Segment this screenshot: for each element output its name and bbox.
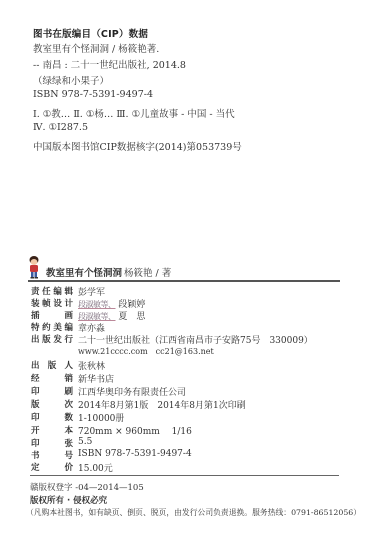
credit-label: 定价 (31, 461, 73, 473)
cip-line-clc: Ⅳ. ①I287.5 (33, 122, 88, 133)
credit-value: 15.00元 (78, 461, 113, 474)
cip-line-isbn: ISBN 978-7-5391-9497-4 (33, 89, 153, 100)
credit-label: 开本 (31, 424, 73, 436)
credit-label: 出版人 (31, 359, 73, 371)
credit-value: 江西华奥印务有限责任公司 (78, 385, 186, 398)
rights-notice: 版权所有 · 侵权必究 (30, 494, 107, 506)
credit-label: 特约美编 (31, 321, 73, 333)
cip-line-title: 教室里有个怪洞洞 / 杨筱艳著. (33, 41, 159, 55)
cip-line-classification: Ⅰ. ①教… Ⅱ. ①杨… Ⅲ. ①儿童故事 - 中国 - 当代 (33, 106, 235, 120)
credit-value: ISBN 978-7-5391-9497-4 (78, 449, 192, 459)
cip-line-series: （绿绿和小果子） (33, 73, 109, 87)
cip-heading: 图书在版编目（CIP）数据 (33, 26, 148, 40)
return-notice: （凡购本社图书，如有缺页、倒页、脱页，由发行公司负责退换。服务热线：0791-8… (26, 507, 361, 518)
credit-label: 书号 (31, 449, 73, 461)
credit-label: 装帧设计 (31, 297, 73, 309)
credit-value: 2014年8月第1版 2014年8月第1次印刷 (78, 398, 246, 411)
redacted-name: 段淑敏等、 (78, 300, 116, 309)
banner-divider (28, 280, 340, 282)
credit-label: 印数 (31, 411, 73, 423)
credit-label: 责任编辑 (31, 285, 73, 297)
redacted-name: 段淑敏等、 (78, 312, 116, 321)
credit-label: 印刷 (31, 385, 73, 397)
credit-label: 版次 (31, 398, 73, 410)
banner-book-title: 教室里有个怪洞洞 (46, 265, 122, 279)
credit-value: 720mm × 960mm 1/16 (78, 424, 192, 437)
credit-label: 插画 (31, 309, 73, 321)
credit-value: 1-10000册 (78, 411, 124, 424)
cip-line-publisher: -- 南昌 : 二十一世纪出版社, 2014.8 (33, 57, 186, 71)
credit-label: 印张 (31, 437, 73, 449)
publisher-contact: www.21cccc.com cc21@163.net (78, 346, 214, 357)
cip-line-record: 中国版本图书馆CIP数据核字(2014)第053739号 (33, 139, 242, 153)
footer-divider (30, 475, 339, 476)
credit-value: 新华书店 (78, 372, 114, 385)
credit-value: 张秋林 (78, 359, 105, 372)
credit-label: 出版发行 (31, 333, 73, 345)
copyright-registration: 赣版权登字 -04—2014—105 (30, 481, 144, 493)
credit-label: 经销 (31, 372, 73, 384)
credit-value: 二十一世纪出版社（江西省南昌市子安路75号 330009） (78, 333, 313, 346)
banner-author: 杨筱艳 / 著 (124, 265, 171, 279)
credit-value: 5.5 (78, 437, 92, 447)
cartoon-child-icon (27, 255, 41, 279)
